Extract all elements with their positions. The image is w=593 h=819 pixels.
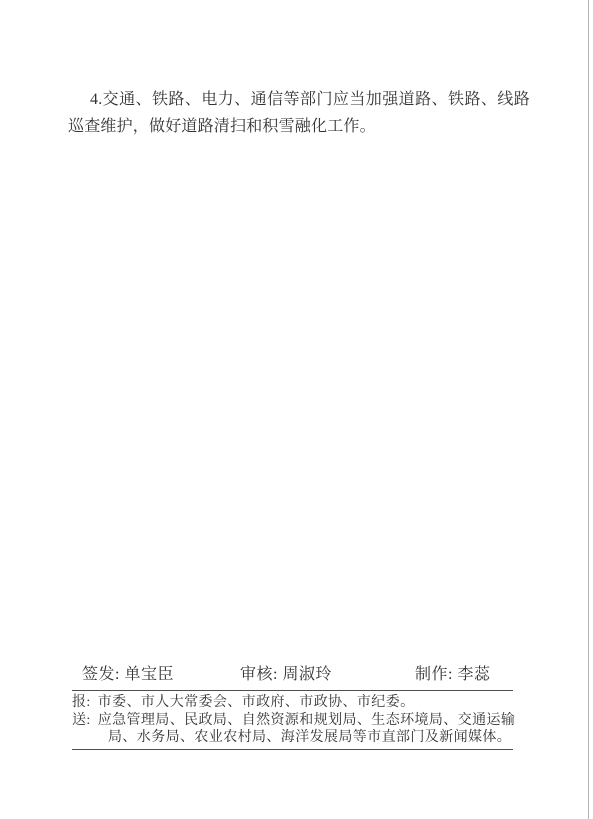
signoff-issuer: 签发: 单宝臣 [82,666,174,684]
divider-top [72,690,513,691]
page-edge-line [588,0,589,819]
document-page: 4.交通、铁路、电力、通信等部门应当加强道路、铁路、线路 巡查维护，做好道路清扫… [0,0,593,819]
distribution-send-line: 送:应急管理局、民政局、自然资源和规划局、生态环境局、交通运输 [72,712,528,730]
distribution-block: 报:市委、市人大常委会、市政府、市政协、市纪委。 送:应急管理局、民政局、自然资… [72,694,528,747]
signoff-row: 签发: 单宝臣 审核: 周淑玲 制作: 李蕊 [0,666,593,686]
distribution-send-label: 送: [72,712,91,730]
signoff-producer: 制作: 李蕊 [415,666,490,684]
body-paragraph-line-1: 4.交通、铁路、电力、通信等部门应当加强道路、铁路、线路 [68,86,530,113]
distribution-report-content: 市委、市人大常委会、市政府、市政协、市纪委。 [98,695,415,710]
distribution-report-line: 报:市委、市人大常委会、市政府、市政协、市纪委。 [72,694,528,712]
body-paragraph: 4.交通、铁路、电力、通信等部门应当加强道路、铁路、线路 巡查维护，做好道路清扫… [68,86,530,140]
distribution-send-content: 应急管理局、民政局、自然资源和规划局、生态环境局、交通运输 [98,713,516,728]
divider-bottom [72,749,513,750]
distribution-report-label: 报: [72,694,91,712]
distribution-send-continuation: 局、水务局、农业农村局、海洋发展局等市直部门及新闻媒体。 [72,729,528,747]
signoff-reviewer: 审核: 周淑玲 [240,666,332,684]
body-paragraph-line-2: 巡查维护，做好道路清扫和积雪融化工作。 [68,113,530,140]
